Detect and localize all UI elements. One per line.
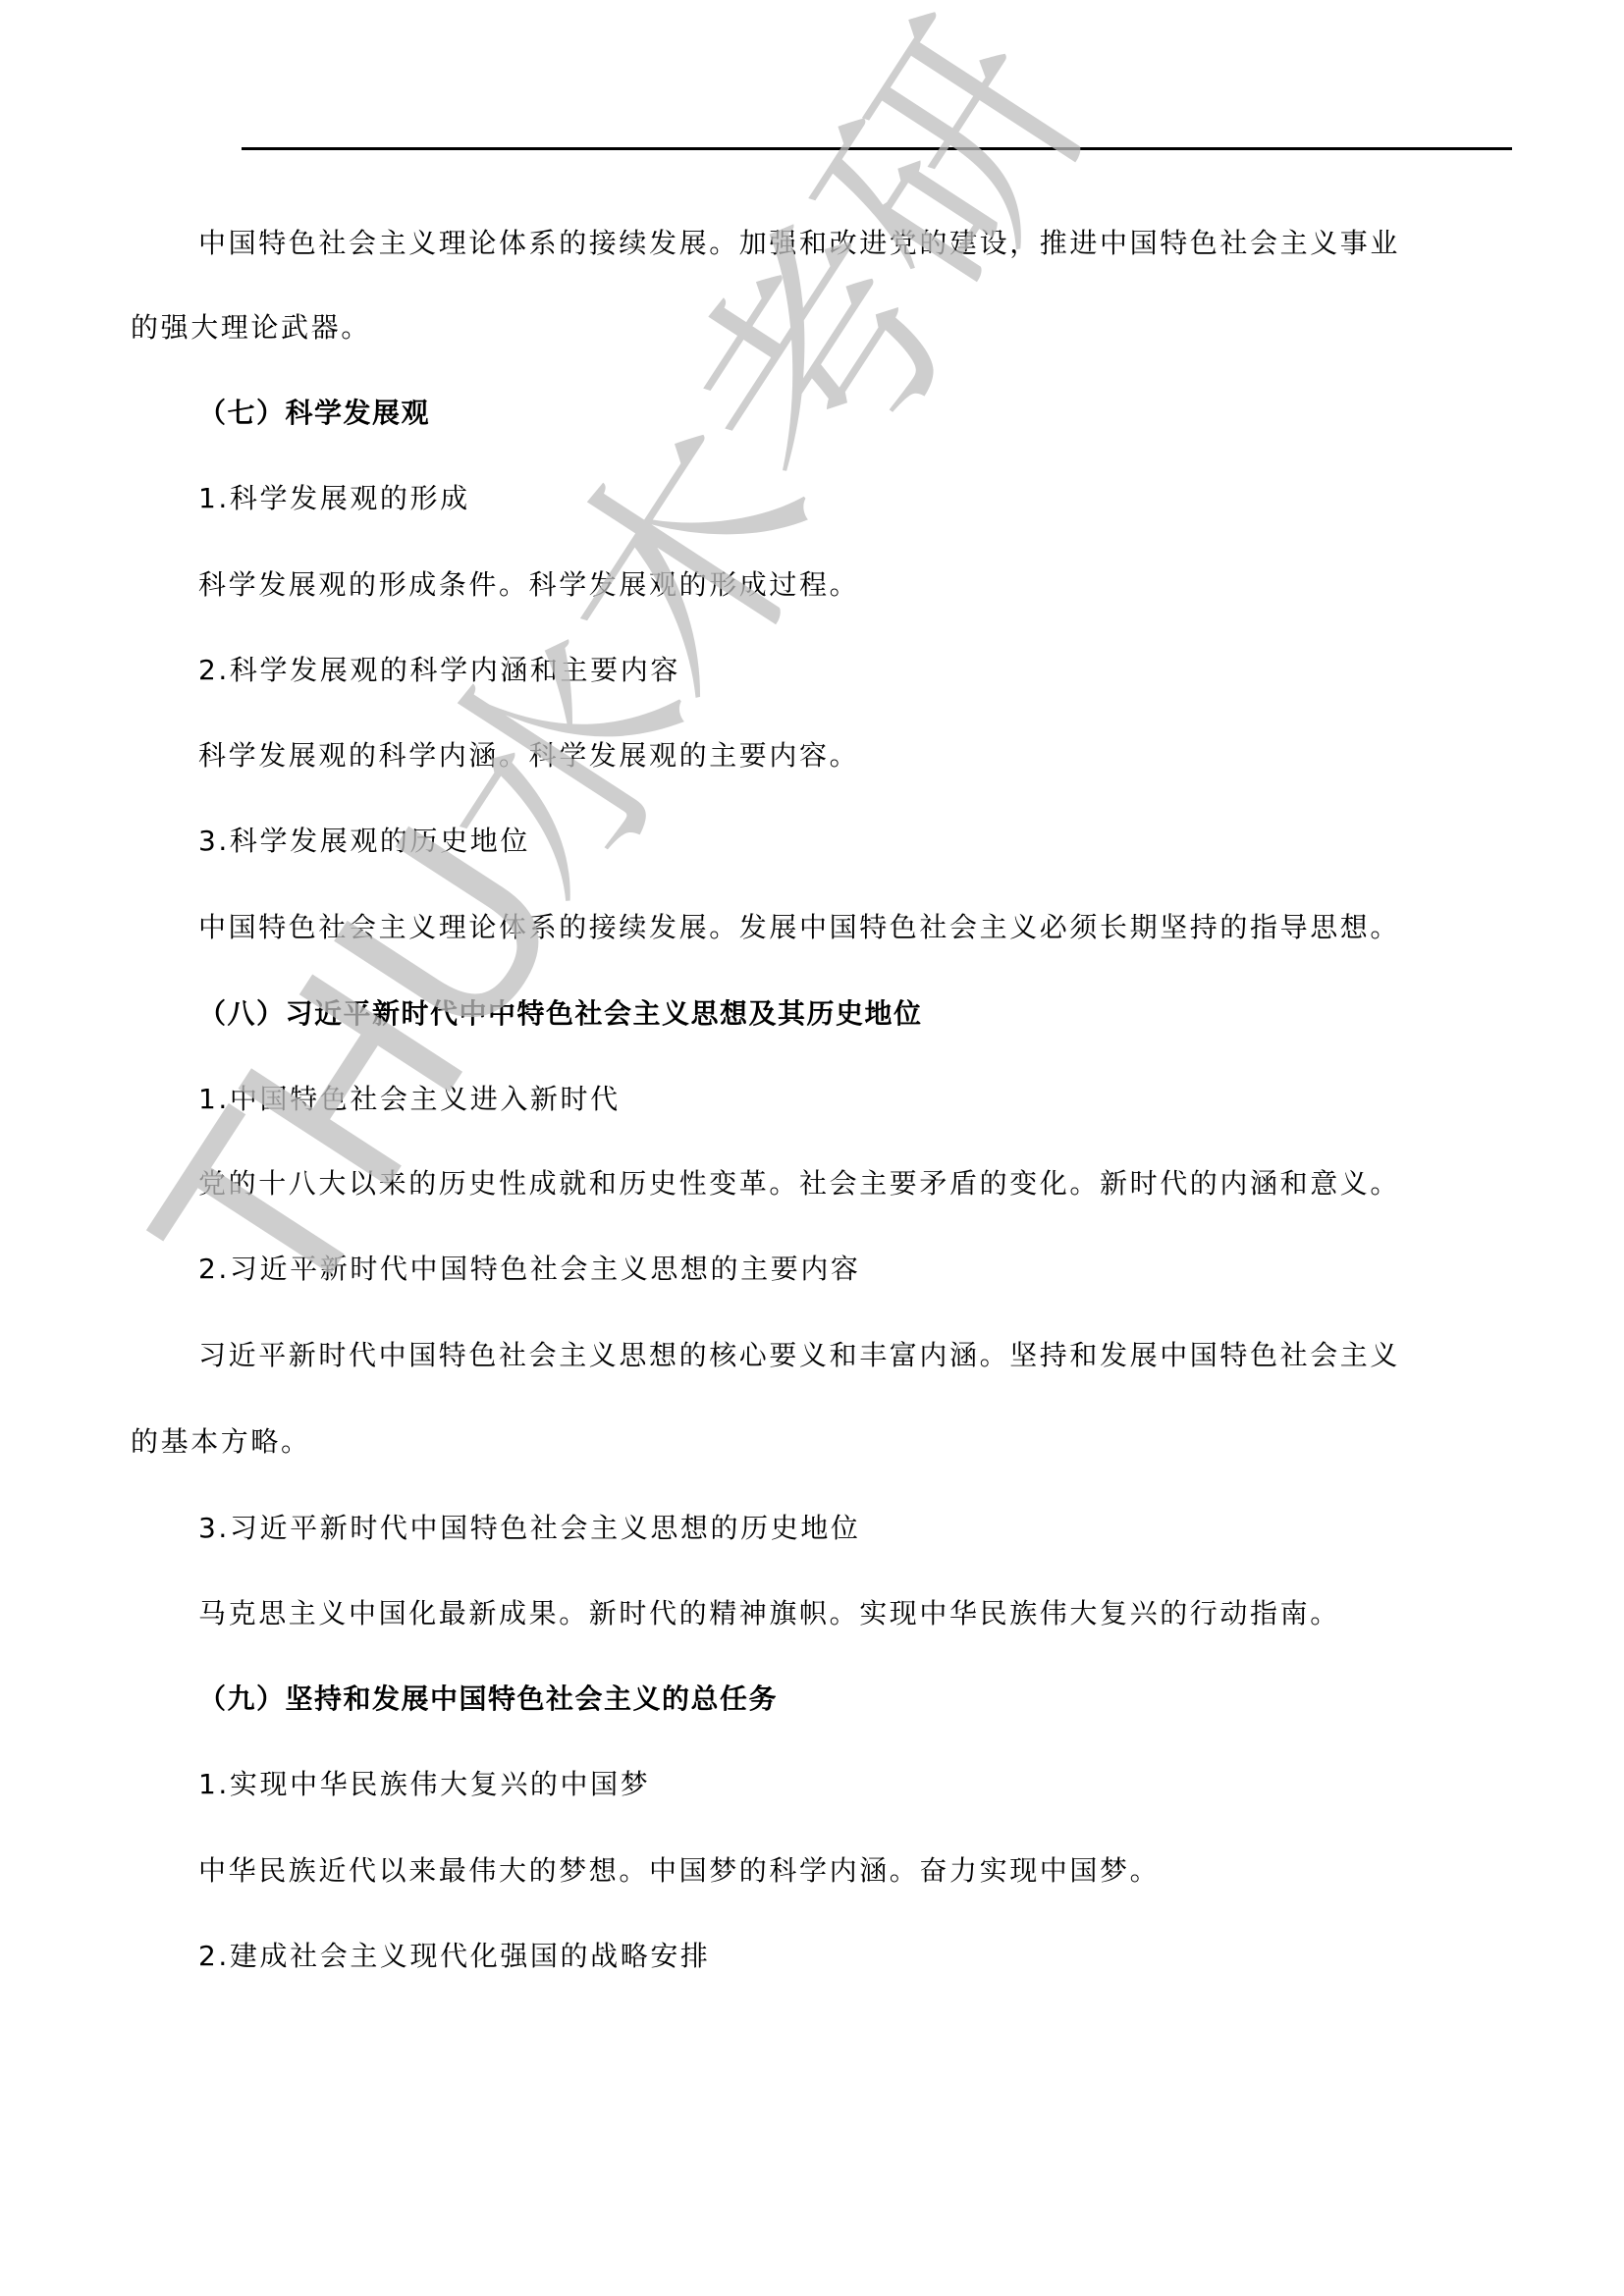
paragraph-body-continuation: 的强大理论武器。 [0, 308, 1624, 347]
header-rule [242, 147, 1512, 150]
paragraph-body: 科学发展观的科学内涵。科学发展观的主要内容。 [0, 736, 1624, 775]
subheading: 2.科学发展观的科学内涵和主要内容 [0, 651, 1624, 690]
paragraph-body: 科学发展观的形成条件。科学发展观的形成过程。 [0, 565, 1624, 605]
paragraph-body-continuation: 的基本方略。 [0, 1422, 1624, 1462]
paragraph-body: 习近平新时代中国特色社会主义思想的核心要义和丰富内涵。坚持和发展中国特色社会主义 [0, 1336, 1624, 1375]
paragraph-body: 马克思主义中国化最新成果。新时代的精神旗帜。实现中华民族伟大复兴的行动指南。 [0, 1594, 1624, 1633]
subheading: 2.习近平新时代中国特色社会主义思想的主要内容 [0, 1250, 1624, 1289]
paragraph-body: 中国特色社会主义理论体系的接续发展。发展中国特色社会主义必须长期坚持的指导思想。 [0, 908, 1624, 947]
paragraph-body: 党的十八大以来的历史性成就和历史性变革。社会主要矛盾的变化。新时代的内涵和意义。 [0, 1164, 1624, 1203]
paragraph-body: 中华民族近代以来最伟大的梦想。中国梦的科学内涵。奋力实现中国梦。 [0, 1851, 1624, 1891]
section-heading-9: （九）坚持和发展中国特色社会主义的总任务 [0, 1680, 1624, 1719]
subheading: 3.习近平新时代中国特色社会主义思想的历史地位 [0, 1509, 1624, 1548]
subheading: 1.中国特色社会主义进入新时代 [0, 1080, 1624, 1119]
paragraph-body: 中国特色社会主义理论体系的接续发展。加强和改进党的建设，推进中国特色社会主义事业 [0, 224, 1624, 263]
subheading: 1.科学发展观的形成 [0, 479, 1624, 518]
subheading: 1.实现中华民族伟大复兴的中国梦 [0, 1765, 1624, 1804]
subheading: 2.建成社会主义现代化强国的战略安排 [0, 1937, 1624, 1976]
section-heading-7: （七）科学发展观 [0, 394, 1624, 433]
section-heading-8: （八）习近平新时代中中特色社会主义思想及其历史地位 [0, 994, 1624, 1034]
subheading: 3.科学发展观的历史地位 [0, 822, 1624, 861]
